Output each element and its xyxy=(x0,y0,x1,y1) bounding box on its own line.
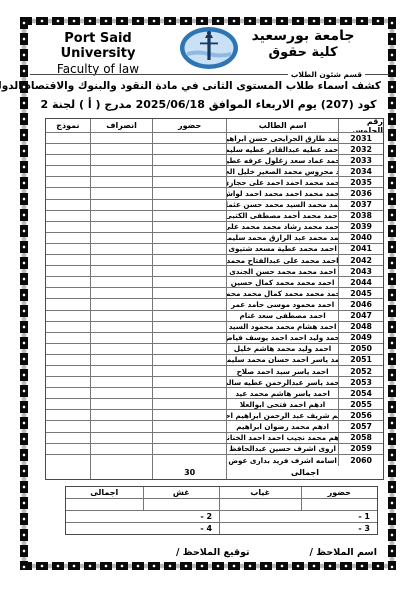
table-row: احمد محمد على عبدالفتاح محمد2042 xyxy=(46,255,383,266)
students-table: نموذج انصراف حضور اسم الطالب رقم الجلوس … xyxy=(45,118,384,480)
university-name-arabic: جامعة بورسعيد xyxy=(237,28,369,44)
seat-number: 2047 xyxy=(339,311,383,321)
form-cell xyxy=(46,455,91,466)
seat-number: 2038 xyxy=(339,211,383,221)
form-cell xyxy=(46,366,91,376)
form-cell xyxy=(46,355,91,365)
leave-cell xyxy=(91,233,154,243)
student-name: ادهم محمد رضوان ابراهيم xyxy=(227,421,339,431)
form-cell xyxy=(46,433,91,443)
student-name: اروى اشرف حسين عبدالحافظ xyxy=(227,444,339,454)
attend-cell xyxy=(153,322,227,332)
student-name: ادهم محمد نجيب احمد احمد الخنانى xyxy=(227,433,339,443)
table-row: احمد محمود موسى حامد عمر2046 xyxy=(46,299,383,310)
seat-number: 2036 xyxy=(339,188,383,198)
form-cell xyxy=(46,444,91,454)
summary-empty-cell xyxy=(66,499,144,510)
observer-signature-label: توقيع الملاحظ / xyxy=(176,547,250,558)
student-name: ادهم شريف عبد الرحمن ابراهيم احمد xyxy=(227,410,339,420)
student-name: احمد محمد احمد محمد احمد لواش xyxy=(227,188,339,198)
form-cell xyxy=(46,188,91,198)
summary-header-row: اجمالى غش غياب حضور xyxy=(66,487,377,499)
student-name: احمد ياسر هاشم محمد عيد xyxy=(227,388,339,398)
leave-cell xyxy=(91,144,154,154)
sheet-title: كشف اسماء طلاب المستوى الثانى في مادة ال… xyxy=(36,80,381,92)
form-cell xyxy=(46,388,91,398)
table-row: احمد ياسر هاشم محمد عيد2054 xyxy=(46,388,383,399)
leave-cell xyxy=(91,211,154,221)
summary-header-absence: غياب xyxy=(220,487,301,498)
table-row: احمد محمد محمد حسن الجندى2043 xyxy=(46,266,383,277)
attend-cell xyxy=(153,311,227,321)
attend-cell xyxy=(153,299,227,309)
leave-cell xyxy=(91,322,154,332)
summary-line-4: - 4 xyxy=(66,523,220,534)
form-cell xyxy=(46,344,91,354)
leave-cell xyxy=(91,288,154,298)
summary-header-cheating: غش xyxy=(144,487,221,498)
leave-cell xyxy=(91,399,154,409)
seat-number: 2037 xyxy=(339,200,383,210)
seat-number: 2043 xyxy=(339,266,383,276)
total-row: 30 اجمالى xyxy=(46,466,383,479)
attend-cell xyxy=(153,155,227,165)
column-header-leave: انصراف xyxy=(91,119,154,132)
table-row: احمد محمد عطية مسعد شتيوى2041 xyxy=(46,244,383,255)
student-name: اسامه اشرف فريد بدارى عوض xyxy=(227,455,339,466)
divider-line-left xyxy=(30,74,288,75)
leave-cell xyxy=(91,277,154,287)
column-header-form: نموذج xyxy=(46,119,91,132)
seat-number: 2049 xyxy=(339,333,383,343)
seat-number: 2041 xyxy=(339,244,383,254)
table-row: احمد محمد احمد احمد على حجازى2035 xyxy=(46,177,383,188)
seat-number: 2056 xyxy=(339,410,383,420)
table-row: احمد ياسر سيد احمد صلاح2052 xyxy=(46,366,383,377)
decorative-border-bottom xyxy=(20,562,396,570)
leave-cell xyxy=(91,133,154,143)
attend-cell xyxy=(153,355,227,365)
attend-cell xyxy=(153,344,227,354)
form-cell xyxy=(46,377,91,387)
seat-number: 2054 xyxy=(339,388,383,398)
table-row: احمد محمد رشاد محمد محمد على2039 xyxy=(46,222,383,233)
leave-cell xyxy=(91,166,154,176)
leave-cell xyxy=(91,433,154,443)
student-name: احمد محمد عبد الرازق محمد سليمان xyxy=(227,233,339,243)
summary-table: اجمالى غش غياب حضور - 2 - 1 - 4 - 3 xyxy=(65,486,378,535)
attend-cell xyxy=(153,244,227,254)
university-name-arabic-block: جامعة بورسعيد كلية حقوق xyxy=(237,28,369,60)
summary-line-row-1: - 2 - 1 xyxy=(66,511,377,523)
student-name: ادهم احمد فتحى ابوالعلا xyxy=(227,399,339,409)
summary-empty-cell xyxy=(220,499,301,510)
leave-cell xyxy=(91,410,154,420)
form-cell xyxy=(46,144,91,154)
seat-number: 2042 xyxy=(339,255,383,265)
table-row: احمد محمد محمد كمال محمد محمد2045 xyxy=(46,288,383,299)
form-cell xyxy=(46,177,91,187)
table-header-row: نموذج انصراف حضور اسم الطالب رقم الجلوس xyxy=(46,119,383,133)
student-name: احمد محمد محمد حسن الجندى xyxy=(227,266,339,276)
sheet-subtitle: كود (207) يوم الاربعاء الموافق 2025/06/1… xyxy=(36,98,381,111)
table-row: احمد محمد احمد محمد احمد لواش2036 xyxy=(46,188,383,199)
form-cell xyxy=(46,255,91,265)
leave-cell xyxy=(91,355,154,365)
student-name: احمد ياسر سيد احمد صلاح xyxy=(227,366,339,376)
attend-cell xyxy=(153,177,227,187)
table-row: اسامه اشرف فريد بدارى عوض2060 xyxy=(46,455,383,466)
summary-line-row-2: - 4 - 3 xyxy=(66,523,377,534)
divider-line-right xyxy=(365,74,389,75)
leave-cell xyxy=(91,366,154,376)
seat-number: 2050 xyxy=(339,344,383,354)
attend-cell xyxy=(153,144,227,154)
attend-cell xyxy=(153,222,227,232)
student-name: احمد وليد محمد هاشم خليل xyxy=(227,344,339,354)
table-row: احمد ياسر عبدالرحمن عطيه سالم2053 xyxy=(46,377,383,388)
seat-number: 2032 xyxy=(339,144,383,154)
seat-number: 2046 xyxy=(339,299,383,309)
seat-number: 2052 xyxy=(339,366,383,376)
attend-cell xyxy=(153,333,227,343)
leave-cell xyxy=(91,344,154,354)
attend-cell xyxy=(153,366,227,376)
seat-number: 2031 xyxy=(339,133,383,143)
attend-cell xyxy=(153,444,227,454)
table-row: احمد محمد أحمد مصطفى الكتبى2038 xyxy=(46,211,383,222)
leave-cell xyxy=(91,455,154,466)
leave-cell xyxy=(91,444,154,454)
student-name: احمد محمد على عبدالفتاح محمد xyxy=(227,255,339,265)
leave-cell xyxy=(91,200,154,210)
table-row: اروى اشرف حسين عبدالحافظ2059 xyxy=(46,444,383,455)
form-cell xyxy=(46,166,91,176)
leave-cell xyxy=(91,421,154,431)
table-row: احمد وليد محمد هاشم خليل2050 xyxy=(46,344,383,355)
form-cell xyxy=(46,333,91,343)
table-row: احمد محمد محمد كمال حسين2044 xyxy=(46,277,383,288)
leave-cell xyxy=(91,155,154,165)
table-row: احمد طارق الجرايحى حسن ابراهيم2031 xyxy=(46,133,383,144)
student-name: احمد محمد رشاد محمد محمد على xyxy=(227,222,339,232)
university-logo-icon xyxy=(179,26,239,70)
table-row: ادهم محمد رضوان ابراهيم2057 xyxy=(46,421,383,432)
attendance-sheet: جامعة بورسعيد كلية حقوق Port Said Univer… xyxy=(0,0,417,589)
seat-number: 2045 xyxy=(339,288,383,298)
attend-cell xyxy=(153,421,227,431)
department-divider: قسم شئون الطلاب xyxy=(30,70,389,79)
form-cell xyxy=(46,222,91,232)
form-cell xyxy=(46,399,91,409)
student-name: احمد وليد احمد احمد يوسف فياض xyxy=(227,333,339,343)
summary-header-total: اجمالى xyxy=(66,487,144,498)
seat-number: 2044 xyxy=(339,277,383,287)
column-header-seat-number: رقم الجلوس xyxy=(339,119,383,132)
seat-number: 2033 xyxy=(339,155,383,165)
attend-cell xyxy=(153,211,227,221)
summary-header-attendance: حضور xyxy=(302,487,378,498)
total-leave-cell xyxy=(91,466,154,479)
total-attendance-value: 30 xyxy=(153,466,227,479)
form-cell xyxy=(46,266,91,276)
summary-empty-cell xyxy=(144,499,221,510)
seat-number: 2058 xyxy=(339,433,383,443)
leave-cell xyxy=(91,222,154,232)
table-row: احمد محمد السيد محمد حسن عثمان2037 xyxy=(46,200,383,211)
form-cell xyxy=(46,277,91,287)
faculty-name-arabic: كلية حقوق xyxy=(237,45,369,60)
attend-cell xyxy=(153,188,227,198)
seat-number: 2040 xyxy=(339,233,383,243)
student-name: احمد ياسر احمد حسان محمد سليمان xyxy=(227,355,339,365)
attend-cell xyxy=(153,233,227,243)
summary-line-2: - 2 xyxy=(66,511,220,522)
summary-line-1: - 1 xyxy=(220,511,377,522)
student-name: احمد محمد محمد كمال حسين xyxy=(227,277,339,287)
table-row: ادهم شريف عبد الرحمن ابراهيم احمد2056 xyxy=(46,410,383,421)
table-row: احمد عطيه عبدالقادر عطيه سليم2032 xyxy=(46,144,383,155)
leave-cell xyxy=(91,333,154,343)
form-cell xyxy=(46,299,91,309)
column-header-student-name: اسم الطالب xyxy=(227,119,339,132)
observer-name-label: اسم الملاحظ / xyxy=(309,547,377,558)
attend-cell xyxy=(153,200,227,210)
attend-cell xyxy=(153,455,227,466)
summary-line-3: - 3 xyxy=(220,523,377,534)
summary-empty-cell xyxy=(302,499,378,510)
form-cell xyxy=(46,155,91,165)
student-name: احمد محروس محمد الصغير خليل الجسر xyxy=(227,166,339,176)
attend-cell xyxy=(153,266,227,276)
form-cell xyxy=(46,421,91,431)
leave-cell xyxy=(91,377,154,387)
student-name: احمد محمد عطية مسعد شتيوى xyxy=(227,244,339,254)
table-row: ادهم محمد نجيب احمد احمد الخنانى2058 xyxy=(46,433,383,444)
student-name: احمد محمود موسى حامد عمر xyxy=(227,299,339,309)
seat-number: 2060 xyxy=(339,455,383,466)
leave-cell xyxy=(91,177,154,187)
student-rows: احمد طارق الجرايحى حسن ابراهيم2031احمد ع… xyxy=(46,133,383,466)
seat-number: 2059 xyxy=(339,444,383,454)
student-name: احمد محمد أحمد مصطفى الكتبى xyxy=(227,211,339,221)
form-cell xyxy=(46,311,91,321)
total-label: اجمالى xyxy=(227,466,383,479)
table-row: احمد محروس محمد الصغير خليل الجسر2034 xyxy=(46,166,383,177)
student-name: احمد عطيه عبدالقادر عطيه سليم xyxy=(227,144,339,154)
seat-number: 2034 xyxy=(339,166,383,176)
attend-cell xyxy=(153,377,227,387)
seat-number: 2055 xyxy=(339,399,383,409)
leave-cell xyxy=(91,266,154,276)
decorative-border-right xyxy=(388,17,396,570)
form-cell xyxy=(46,200,91,210)
table-row: احمد وليد احمد احمد يوسف فياض2049 xyxy=(46,333,383,344)
student-name: احمد طارق الجرايحى حسن ابراهيم xyxy=(227,133,339,143)
attend-cell xyxy=(153,288,227,298)
leave-cell xyxy=(91,299,154,309)
table-row: ادهم احمد فتحى ابوالعلا2055 xyxy=(46,399,383,410)
table-row: احمد ياسر احمد حسان محمد سليمان2051 xyxy=(46,355,383,366)
form-cell xyxy=(46,288,91,298)
student-name: احمد ياسر عبدالرحمن عطيه سالم xyxy=(227,377,339,387)
attend-cell xyxy=(153,277,227,287)
seat-number: 2039 xyxy=(339,222,383,232)
student-name: احمد هشام محمد محمود السيد xyxy=(227,322,339,332)
attend-cell xyxy=(153,255,227,265)
table-row: احمد محمد عبد الرازق محمد سليمان2040 xyxy=(46,233,383,244)
form-cell xyxy=(46,322,91,332)
form-cell xyxy=(46,244,91,254)
department-label: قسم شئون الطلاب xyxy=(291,70,362,79)
student-name: احمد محمد السيد محمد حسن عثمان xyxy=(227,200,339,210)
attend-cell xyxy=(153,433,227,443)
attend-cell xyxy=(153,133,227,143)
decorative-border-left xyxy=(20,17,28,570)
form-cell xyxy=(46,211,91,221)
leave-cell xyxy=(91,255,154,265)
student-name: احمد عماد سعد زغلول عرفه عطيه xyxy=(227,155,339,165)
decorative-border-top xyxy=(20,17,396,25)
leave-cell xyxy=(91,388,154,398)
seat-number: 2057 xyxy=(339,421,383,431)
column-header-attendance: حضور xyxy=(153,119,227,132)
student-name: احمد محمد احمد احمد على حجازى xyxy=(227,177,339,187)
leave-cell xyxy=(91,311,154,321)
attend-cell xyxy=(153,410,227,420)
table-row: احمد هشام محمد محمود السيد2048 xyxy=(46,322,383,333)
form-cell xyxy=(46,233,91,243)
table-row: احمد عماد سعد زغلول عرفه عطيه2033 xyxy=(46,155,383,166)
table-row: احمد مصطفى سعد غنام2047 xyxy=(46,311,383,322)
seat-number: 2048 xyxy=(339,322,383,332)
leave-cell xyxy=(91,188,154,198)
student-name: احمد مصطفى سعد غنام xyxy=(227,311,339,321)
seat-number: 2051 xyxy=(339,355,383,365)
form-cell xyxy=(46,133,91,143)
attend-cell xyxy=(153,166,227,176)
university-name-english: Port Said University xyxy=(34,31,162,61)
total-form-cell xyxy=(46,466,91,479)
leave-cell xyxy=(91,244,154,254)
student-name: احمد محمد محمد كمال محمد محمد xyxy=(227,288,339,298)
summary-empty-row xyxy=(66,499,377,511)
attend-cell xyxy=(153,388,227,398)
form-cell xyxy=(46,410,91,420)
seat-number: 2053 xyxy=(339,377,383,387)
attend-cell xyxy=(153,399,227,409)
seat-number: 2035 xyxy=(339,177,383,187)
